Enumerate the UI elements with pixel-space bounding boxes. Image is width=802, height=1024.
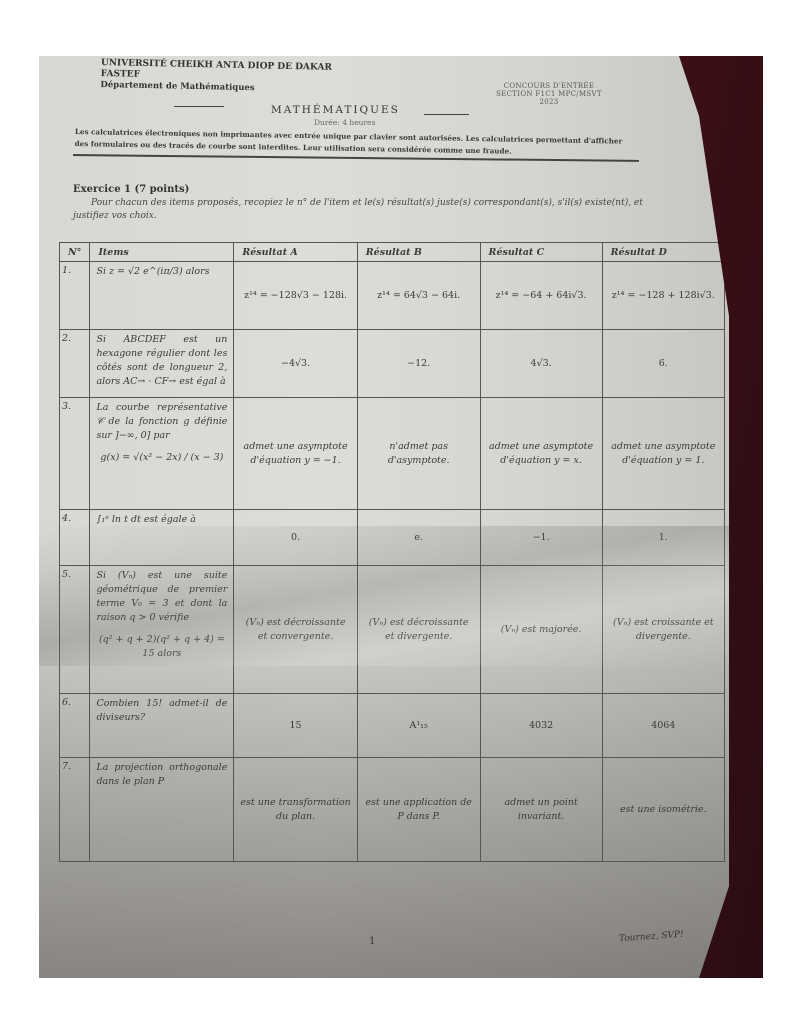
result-a: −4√3. bbox=[234, 330, 357, 398]
exam-info: CONCOURS D'ENTRÉE SECTION F1C1 MPC/MSVT … bbox=[459, 82, 639, 106]
result-c: admet un point invariant. bbox=[480, 758, 602, 862]
result-d: 1. bbox=[602, 510, 724, 566]
header-num: N° bbox=[60, 243, 90, 262]
result-c: 4√3. bbox=[480, 330, 602, 398]
qcm-table: N° Items Résultat A Résultat B Résultat … bbox=[59, 242, 725, 862]
header-result-d: Résultat D bbox=[602, 243, 724, 262]
item-formula: g(x) = √(x² − 2x) / (x − 3) bbox=[96, 451, 227, 465]
table-header-row: N° Items Résultat A Résultat B Résultat … bbox=[60, 243, 725, 262]
result-b: −12. bbox=[357, 330, 480, 398]
turn-over-note: Tournez, SVP! bbox=[619, 930, 684, 944]
result-b: (Vₙ) est décroissante et divergente. bbox=[357, 566, 480, 694]
table-row: 1.Si z = √2 e^(iπ/3) alorsz¹⁴ = −128√3 −… bbox=[60, 262, 725, 330]
result-a: 15 bbox=[234, 694, 357, 758]
exercise-title: Exercice 1 (7 points) bbox=[73, 184, 189, 195]
item-number: 3. bbox=[60, 398, 90, 510]
result-a: admet une asymptote d'équation y = −1. bbox=[234, 398, 357, 510]
header-result-a: Résultat A bbox=[234, 243, 357, 262]
item-number: 4. bbox=[60, 510, 90, 566]
item-number: 5. bbox=[60, 566, 90, 694]
result-d: z¹⁴ = −128 + 128i√3. bbox=[602, 262, 724, 330]
table-row: 7.La projection orthogonale dans le plan… bbox=[60, 758, 725, 862]
table-row: 5.Si (Vₙ) est une suite géométrique de p… bbox=[60, 566, 725, 694]
item-text: La projection orthogonale dans le plan P bbox=[96, 762, 227, 787]
header-result-b: Résultat B bbox=[357, 243, 480, 262]
table-row: 2.Si ABCDEF est un hexagone régulier don… bbox=[60, 330, 725, 398]
exam-line: SECTION F1C1 MPC/MSVT bbox=[459, 90, 639, 98]
item-formula: (q² + q + 2)(q² + q + 4) = 15 alors bbox=[96, 633, 227, 661]
item-text: La courbe représentative 𝒞 de la fonctio… bbox=[96, 402, 227, 441]
result-b: est une application de P dans P. bbox=[357, 758, 480, 862]
title-divider-right bbox=[424, 114, 469, 115]
title-divider-left bbox=[174, 106, 224, 107]
result-a: z¹⁴ = −128√3 − 128i. bbox=[234, 262, 357, 330]
exercise-instructions: Pour chacun des items proposés, recopiez… bbox=[73, 197, 643, 223]
item-statement: La projection orthogonale dans le plan P bbox=[90, 758, 234, 862]
result-c: −1. bbox=[480, 510, 602, 566]
result-b: n'admet pas d'asymptote. bbox=[357, 398, 480, 510]
result-a: 0. bbox=[234, 510, 357, 566]
item-number: 2. bbox=[60, 330, 90, 398]
exam-line: 2023 bbox=[459, 98, 639, 106]
result-b: z¹⁴ = 64√3 − 64i. bbox=[357, 262, 480, 330]
result-d: (Vₙ) est croissante et divergente. bbox=[602, 566, 724, 694]
institution-header: UNIVERSITÉ CHEIKH ANTA DIOP DE DAKAR FAS… bbox=[100, 58, 332, 96]
item-statement: La courbe représentative 𝒞 de la fonctio… bbox=[90, 398, 234, 510]
result-a: est une transformation du plan. bbox=[234, 758, 357, 862]
exam-photo: UNIVERSITÉ CHEIKH ANTA DIOP DE DAKAR FAS… bbox=[39, 56, 763, 978]
item-text: Si z = √2 e^(iπ/3) alors bbox=[96, 266, 209, 277]
item-text: ∫₁ᵉ ln t dt est égale à bbox=[96, 514, 195, 525]
header-items: Items bbox=[90, 243, 234, 262]
table-row: 3.La courbe représentative 𝒞 de la fonct… bbox=[60, 398, 725, 510]
item-number: 1. bbox=[60, 262, 90, 330]
result-d: est une isométrie. bbox=[602, 758, 724, 862]
item-statement: Si ABCDEF est un hexagone régulier dont … bbox=[90, 330, 234, 398]
item-statement: Si z = √2 e^(iπ/3) alors bbox=[90, 262, 234, 330]
result-c: admet une asymptote d'équation y = x. bbox=[480, 398, 602, 510]
item-text: Si (Vₙ) est une suite géométrique de pre… bbox=[96, 570, 227, 623]
result-d: 4064 bbox=[602, 694, 724, 758]
exam-duration: Durée: 4 heures bbox=[314, 118, 375, 127]
item-number: 6. bbox=[60, 694, 90, 758]
subject-title: MATHÉMATIQUES bbox=[271, 104, 400, 116]
result-b: e. bbox=[357, 510, 480, 566]
result-c: 4032 bbox=[480, 694, 602, 758]
item-text: Si ABCDEF est un hexagone régulier dont … bbox=[96, 334, 227, 387]
item-number: 7. bbox=[60, 758, 90, 862]
table-row: 4.∫₁ᵉ ln t dt est égale à0.e.−1.1. bbox=[60, 510, 725, 566]
item-statement: ∫₁ᵉ ln t dt est égale à bbox=[90, 510, 234, 566]
result-d: 6. bbox=[602, 330, 724, 398]
result-c: (Vₙ) est majorée. bbox=[480, 566, 602, 694]
result-c: z¹⁴ = −64 + 64i√3. bbox=[480, 262, 602, 330]
table-row: 6.Combien 15! admet-il de diviseurs?15A¹… bbox=[60, 694, 725, 758]
exam-line: CONCOURS D'ENTRÉE bbox=[459, 82, 639, 90]
item-statement: Combien 15! admet-il de diviseurs? bbox=[90, 694, 234, 758]
result-a: (Vₙ) est décroissante et convergente. bbox=[234, 566, 357, 694]
result-b: A¹₁₅ bbox=[357, 694, 480, 758]
item-statement: Si (Vₙ) est une suite géométrique de pre… bbox=[90, 566, 234, 694]
exam-sheet: UNIVERSITÉ CHEIKH ANTA DIOP DE DAKAR FAS… bbox=[39, 56, 739, 978]
header-result-c: Résultat C bbox=[480, 243, 602, 262]
result-d: admet une asymptote d'équation y = 1. bbox=[602, 398, 724, 510]
page-number: 1 bbox=[369, 936, 375, 947]
item-text: Combien 15! admet-il de diviseurs? bbox=[96, 698, 227, 723]
